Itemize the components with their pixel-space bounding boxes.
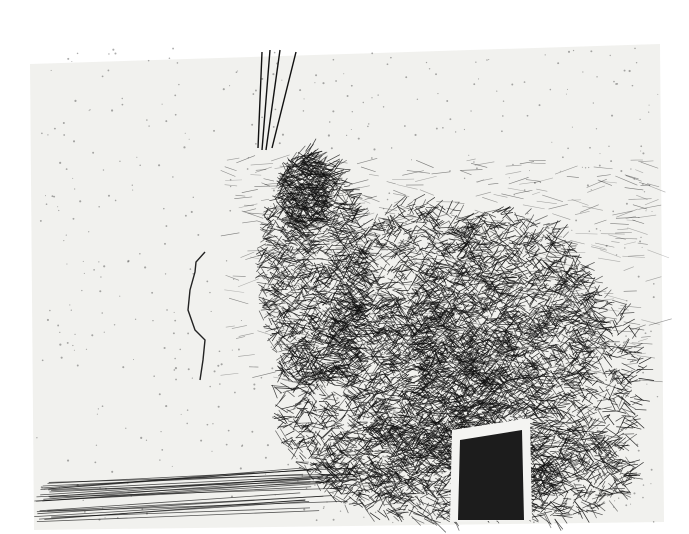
- etching-artwork: [0, 0, 689, 534]
- doorway: [450, 418, 532, 522]
